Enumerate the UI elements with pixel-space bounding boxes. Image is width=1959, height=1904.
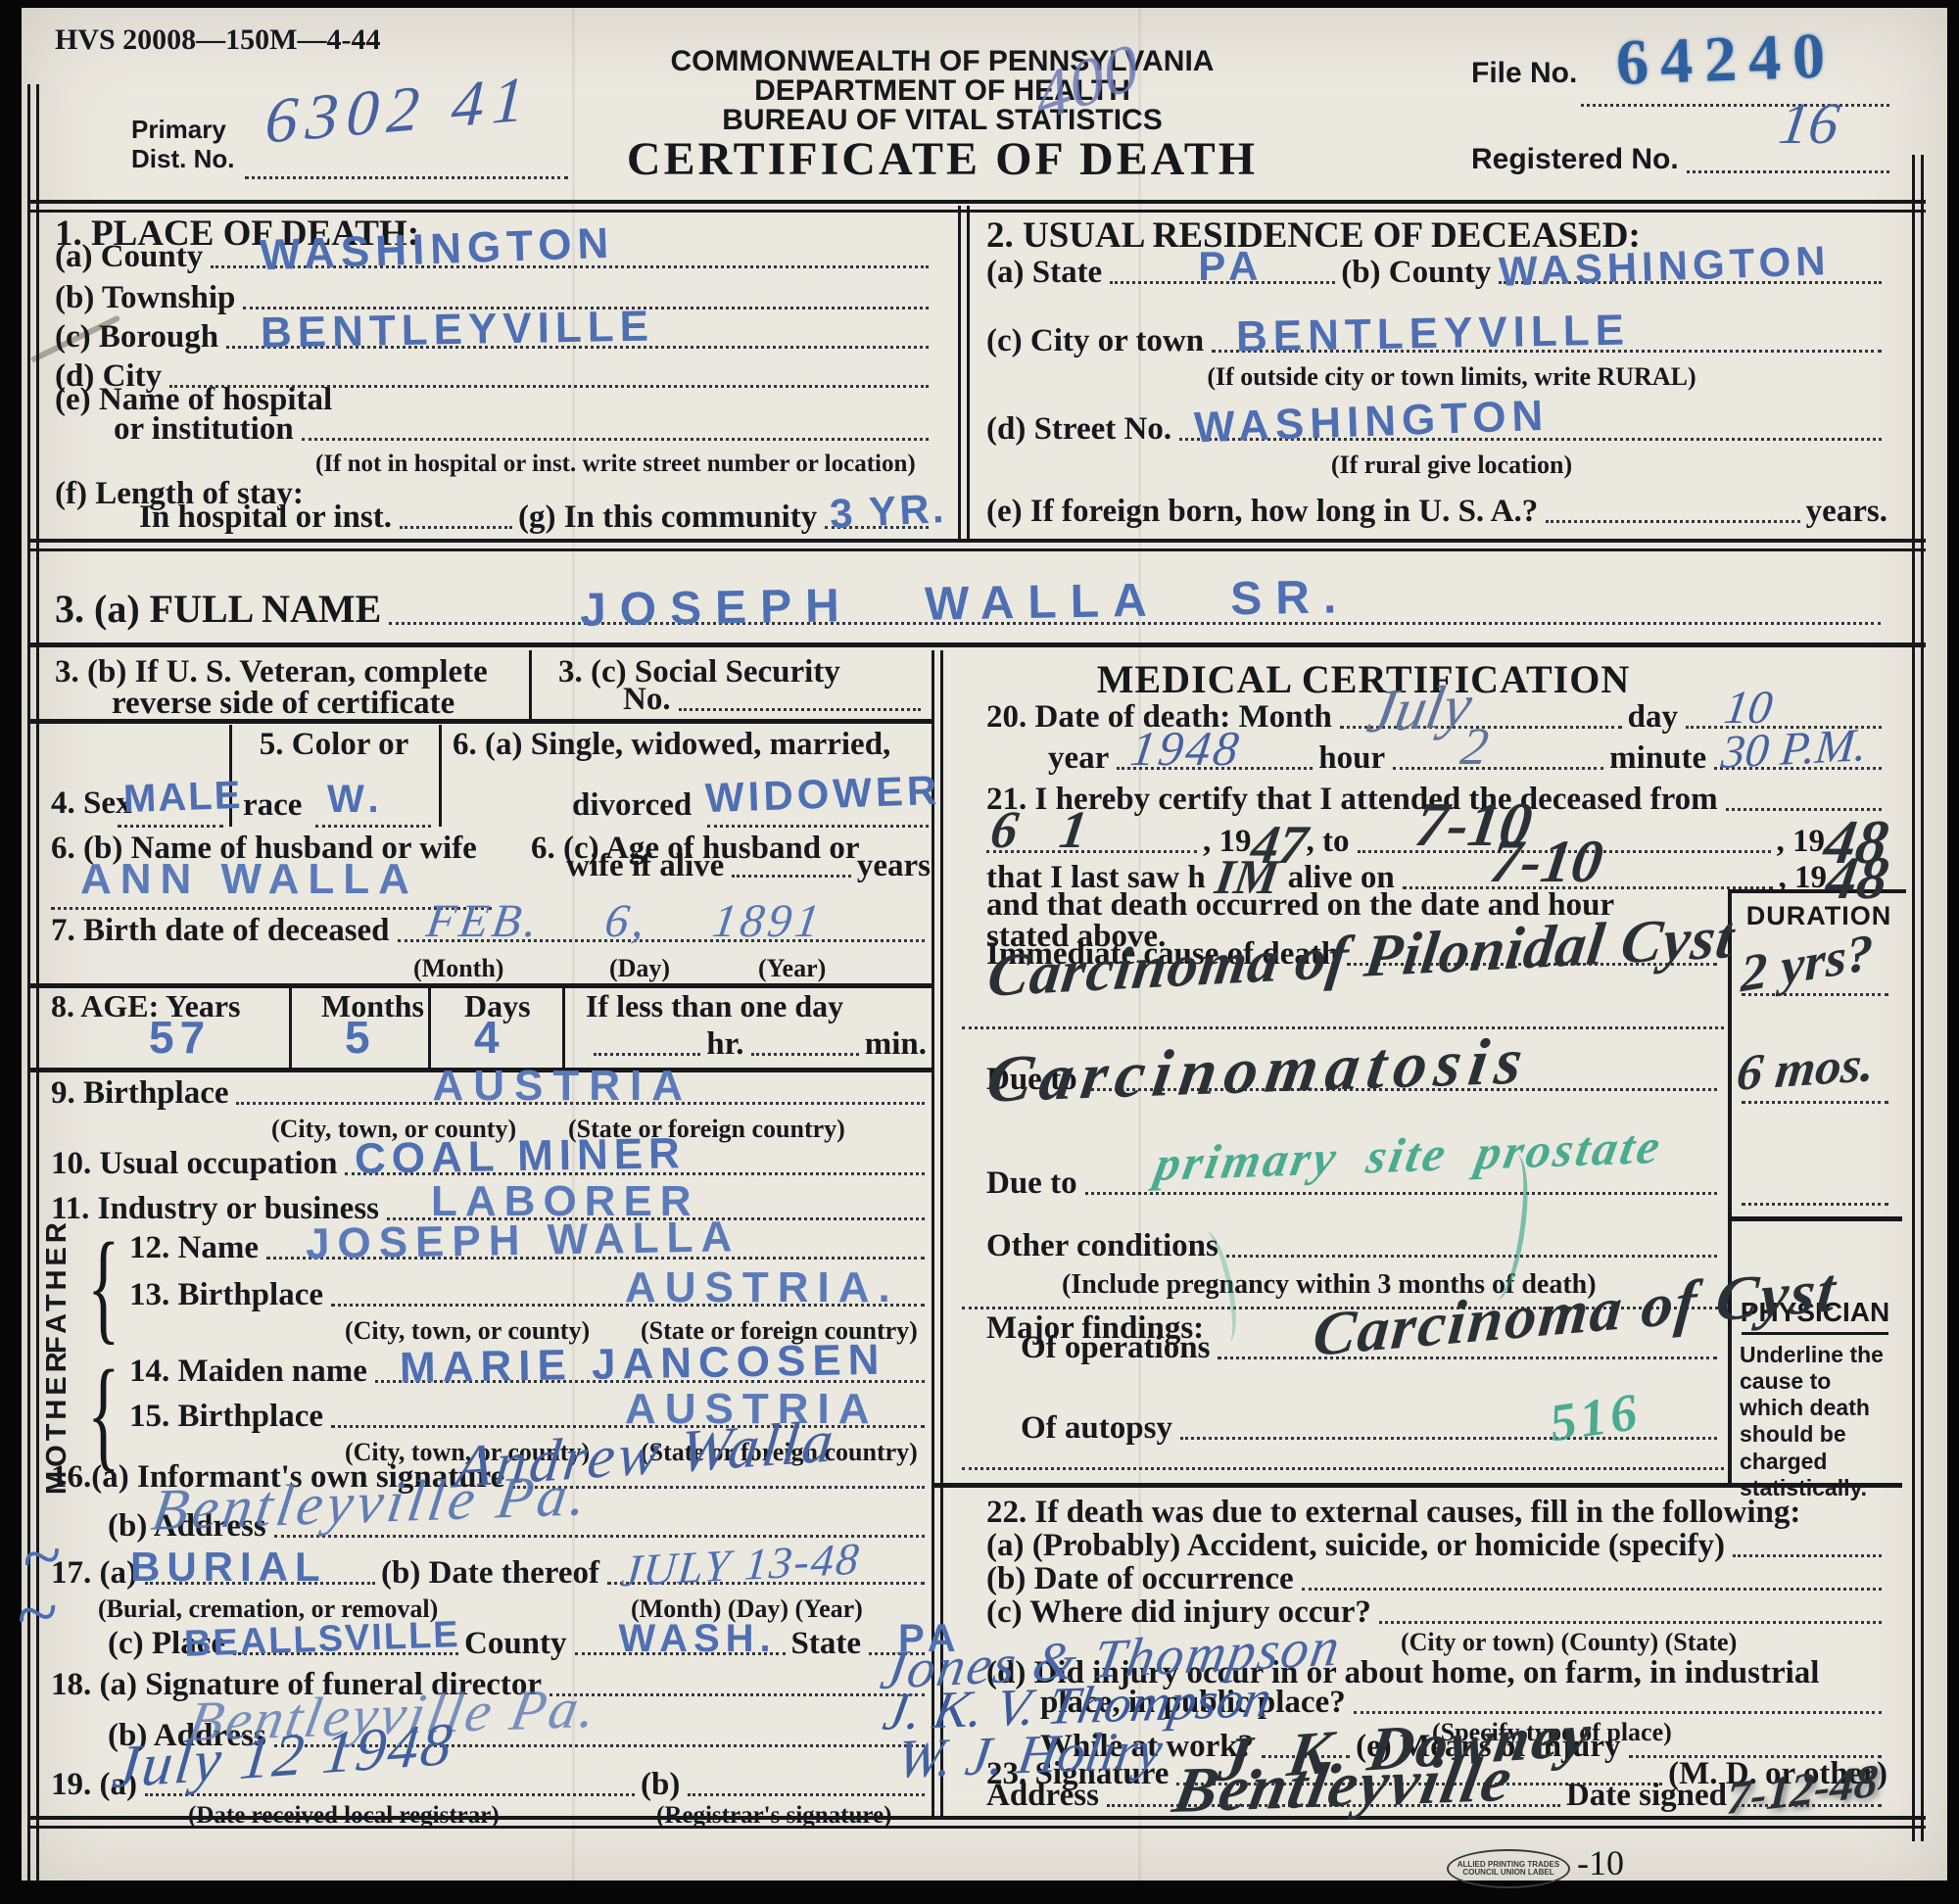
county-row: (a) County WASHINGTON xyxy=(55,239,934,275)
marital-label: 6. (a) Single, widowed, married, xyxy=(453,727,890,763)
father-label: FATHER xyxy=(41,1234,73,1354)
last-saw-line: 7-10 xyxy=(1403,882,1773,889)
in-hospital-label: In hospital or inst. xyxy=(139,500,392,536)
county-value: WASHINGTON xyxy=(260,222,616,278)
street-note: (If rural give location) xyxy=(1148,451,1755,480)
autopsy-label: Of autopsy xyxy=(1021,1410,1172,1447)
mother-birthplace-label: 15. Birthplace xyxy=(129,1399,323,1435)
color-label: 5. Color or xyxy=(229,727,439,763)
birth-date-line: FEB. 6, 1891 xyxy=(398,935,925,942)
county-label: (a) County xyxy=(55,239,203,275)
foreign-born-row: (e) If foreign born, how long in U. S. A… xyxy=(986,494,1887,530)
physician-address-value: Bentleyville xyxy=(1169,1747,1518,1824)
father-name-label: 12. Name xyxy=(129,1230,259,1266)
res-county-line: WASHINGTON xyxy=(1499,277,1882,284)
death-month-value: July xyxy=(1363,675,1477,742)
birth-date-bottom-rule xyxy=(29,983,932,988)
registrar-sig-line xyxy=(688,1789,925,1796)
father-birthplace-label: 13. Birthplace xyxy=(129,1277,323,1313)
duration-line-3 xyxy=(1742,1199,1888,1206)
city-label: (d) City xyxy=(55,358,162,395)
burial-place-value: BEALLSVILLE xyxy=(183,1616,460,1663)
burial-date-value: JULY 13-48 xyxy=(619,1537,862,1595)
duration-physician-divider xyxy=(1728,1216,1902,1221)
marital-line xyxy=(707,821,929,828)
age-less-label: If less than one day xyxy=(586,989,843,1024)
certificate-title: CERTIFICATE OF DEATH xyxy=(570,133,1314,186)
injury-where-line xyxy=(1379,1617,1882,1624)
age-hr-label: hr. xyxy=(706,1026,743,1063)
death-minute-value: 30 P.M. xyxy=(1720,722,1869,777)
city-line xyxy=(169,381,929,388)
header-divider xyxy=(29,200,1926,213)
certify-19-prefix-3: , 19 xyxy=(1779,860,1828,896)
foreign-born-line xyxy=(1546,516,1799,523)
occupation-label: 10. Usual occupation xyxy=(51,1146,337,1182)
last-saw-text-1: that I last saw h xyxy=(986,860,1206,896)
death-minute-label: minute xyxy=(1609,740,1706,777)
hospital-row: or institution xyxy=(114,411,934,448)
registrar-sig-label: (b) xyxy=(641,1767,680,1803)
registered-no-label: Registered No. xyxy=(1471,143,1679,176)
age-min-line xyxy=(751,1049,858,1056)
burial-state-label: State xyxy=(791,1626,861,1662)
age-hr-line xyxy=(594,1049,700,1056)
certificate-paper: HVS 20008—150M—4-44 Primary Dist. No. 63… xyxy=(22,8,1947,1880)
date-signed-label: Date signed xyxy=(1566,1778,1727,1814)
burial-line: BURIAL xyxy=(145,1578,375,1585)
spouse-age-suffix: years xyxy=(857,848,931,884)
veteran-ssn-divider xyxy=(529,650,532,719)
age-months-divider xyxy=(428,983,431,1068)
page-number: -10 xyxy=(1577,1843,1624,1882)
street-line: WASHINGTON xyxy=(1179,434,1882,441)
city-town-note: (If outside city or town limits, write R… xyxy=(1148,362,1755,392)
occupation-value: COAL MINER xyxy=(355,1132,687,1181)
borough-value: BENTLEYVILLE xyxy=(261,305,655,355)
death-year-line: 1948 xyxy=(1117,763,1313,770)
city-row: (d) City xyxy=(55,358,934,395)
primary-dist-label-2: Dist. No. xyxy=(131,145,234,173)
last-saw-year: 48 xyxy=(1824,856,1891,902)
certify-to-label: , to xyxy=(1307,824,1350,860)
due-to-1-value: Carcinomatosis xyxy=(983,1026,1535,1112)
death-year-value: 1948 xyxy=(1128,724,1245,773)
city-town-value: BENTLEYVILLE xyxy=(1236,309,1631,358)
accident-label: (a) (Probably) Accident, suicide, or hom… xyxy=(986,1528,1725,1564)
state-line: PA xyxy=(1110,277,1335,284)
mother-name-label: 14. Maiden name xyxy=(129,1354,367,1390)
form-code: HVS 20008—150M—4-44 xyxy=(55,24,381,57)
ssn-label-2: No. xyxy=(623,682,671,718)
death-year-label: year xyxy=(1048,740,1109,777)
spouse-age-label-2: wife if alive xyxy=(566,848,724,884)
in-community-line: 3 YR. xyxy=(825,522,929,529)
last-saw-him: IM xyxy=(1213,859,1280,896)
age-days-divider xyxy=(562,983,565,1068)
file-no-line xyxy=(1581,100,1889,107)
husband-value: ANN WALLA xyxy=(80,858,418,901)
occurrence-date-line xyxy=(1302,1584,1882,1591)
burial-value: BURIAL xyxy=(130,1547,327,1588)
sex-label: 4. Sex xyxy=(51,785,132,822)
full-name-label: 3. (a) FULL NAME xyxy=(55,588,381,632)
spouse-age-line xyxy=(732,871,851,878)
scanned-death-certificate: HVS 20008—150M—4-44 Primary Dist. No. 63… xyxy=(0,0,1959,1904)
due1-duration-value: 6 mos. xyxy=(1735,1039,1878,1100)
informant-address-value: Bentleyville Pa. xyxy=(149,1465,595,1539)
race-label: race xyxy=(243,787,302,824)
birth-month-cap: (Month) xyxy=(413,954,503,983)
birthplace-value: AUSTRIA xyxy=(432,1065,693,1108)
in-community-value: 3 YR. xyxy=(829,488,947,535)
res-county-label: (b) County xyxy=(1341,255,1491,291)
res-county-value: WASHINGTON xyxy=(1499,240,1832,293)
registered-no-line xyxy=(1687,167,1889,173)
other-conditions-row: Other conditions xyxy=(986,1228,1723,1264)
right-edge-rule xyxy=(1912,155,1924,1841)
age-hr-min-row: hr. min. xyxy=(586,1026,927,1063)
physician-underline xyxy=(1742,1332,1888,1335)
mother-brace: { xyxy=(87,1352,119,1477)
foreign-born-label: (e) If foreign born, how long in U. S. A… xyxy=(986,494,1538,530)
certify-19-prefix-2: , 19 xyxy=(1777,824,1826,860)
bottom-rule xyxy=(29,1816,1926,1829)
operations-label: Of operations xyxy=(1021,1330,1210,1366)
city-town-line: BENTLEYVILLE xyxy=(1212,346,1882,353)
primary-dist-label-1: Primary xyxy=(131,116,226,144)
street-label: (d) Street No. xyxy=(986,411,1171,448)
fullname-bottom-rule xyxy=(29,643,1926,647)
in-hospital-line xyxy=(400,522,512,529)
death-hour-line: 2 xyxy=(1393,763,1603,770)
ssn-row: No. xyxy=(623,682,927,718)
file-no-value: 64240 xyxy=(1615,24,1838,96)
length-of-stay-row: In hospital or inst. (g) In this communi… xyxy=(139,500,934,536)
hospital-line xyxy=(302,434,929,441)
veteran-label-2: reverse side of certificate xyxy=(112,686,454,722)
last-saw-value: 7-10 xyxy=(1486,832,1605,892)
burial-date-line: JULY 13-48 xyxy=(607,1578,925,1585)
burial-date-label: (b) Date thereof xyxy=(381,1555,599,1592)
ssn-line xyxy=(679,704,921,711)
full-name-line: JOSEPH WALLA SR. xyxy=(389,618,1881,625)
age-months-value: 5 xyxy=(345,1015,376,1060)
certify-row-3: that I last saw h IM alive on 7-10 , 19 … xyxy=(986,856,1887,896)
birthplace-label: 9. Birthplace xyxy=(51,1075,228,1112)
occurrence-date-row: (b) Date of occurrence xyxy=(986,1561,1887,1597)
father-birthplace-value: AUSTRIA. xyxy=(625,1266,899,1309)
age-years-divider xyxy=(289,983,292,1068)
last-saw-text-2: alive on xyxy=(1288,860,1395,896)
birth-year-cap: (Year) xyxy=(758,954,826,983)
death-hour-value: 2 xyxy=(1457,720,1492,773)
father-birthplace-line: AUSTRIA. xyxy=(331,1300,925,1307)
death-hour-label: hour xyxy=(1318,740,1385,777)
city-town-label: (c) City or town xyxy=(986,323,1204,359)
spouse-age-row: wife if alive years xyxy=(566,848,931,884)
registrar-sig-value: W. J. Holiry xyxy=(893,1723,1166,1786)
death-day-label: day xyxy=(1628,699,1678,736)
org-line-3: BUREAU OF VITAL STATISTICS xyxy=(570,104,1314,137)
full-name-value: JOSEPH WALLA SR. xyxy=(580,574,1351,635)
county-line: WASHINGTON xyxy=(211,262,929,268)
attended-from-value: 6 1 xyxy=(987,803,1090,856)
ssn-bottom-rule xyxy=(29,719,932,724)
street-row: (d) Street No. WASHINGTON xyxy=(986,411,1887,448)
divorced-label: divorced xyxy=(572,787,692,824)
primary-dist-line xyxy=(245,172,568,179)
cause-blank-line xyxy=(962,1023,1724,1029)
state-county-row: (a) State PA (b) County WASHINGTON xyxy=(986,255,1887,291)
hospital-note: (If not in hospital or inst. write stree… xyxy=(315,451,916,478)
accident-line xyxy=(1733,1550,1882,1557)
birthplace-row: 9. Birthplace AUSTRIA xyxy=(51,1075,931,1112)
mother-name-line: MARIE JANCOSEN xyxy=(375,1376,925,1383)
father-name-value: JOSEPH WALLA xyxy=(306,1215,741,1266)
primary-dist-value: 6302 41 xyxy=(263,67,534,154)
burial-place-row: (c) Place BEALLSVILLE County WASH. State… xyxy=(108,1626,931,1662)
union-label-stamp: ALLIED PRINTING TRADES COUNCIL UNION LAB… xyxy=(1447,1849,1570,1888)
injury-where-row: (c) Where did injury occur? xyxy=(986,1595,1887,1631)
sex-line xyxy=(118,821,223,828)
birth-date-label: 7. Birth date of deceased xyxy=(51,913,390,949)
certify-text-1: 21. I hereby certify that I attended the… xyxy=(986,782,1718,818)
section1-2-divider xyxy=(958,206,970,539)
age-label: 8. AGE: Years xyxy=(51,989,240,1024)
medical-bottom-rule xyxy=(932,1483,1902,1488)
accident-row: (a) (Probably) Accident, suicide, or hom… xyxy=(986,1528,1887,1564)
burial-county-label: County xyxy=(464,1626,567,1662)
city-town-row: (c) City or town BENTLEYVILLE xyxy=(986,323,1887,359)
foreign-born-suffix: years. xyxy=(1806,494,1887,530)
birth-date-row: 7. Birth date of deceased FEB. 6, 1891 xyxy=(51,913,931,949)
external-causes-heading: 22. If death was due to external causes,… xyxy=(986,1495,1800,1531)
sex-value: MALE xyxy=(122,776,243,819)
burial-county-value: WASH. xyxy=(619,1619,777,1658)
age-min-label: min. xyxy=(865,1026,927,1063)
street-value: WASHINGTON xyxy=(1193,395,1550,451)
full-name-row: 3. (a) FULL NAME JOSEPH WALLA SR. xyxy=(55,588,1887,632)
blue-stray-mark: ~ xyxy=(12,1573,61,1653)
birth-date-value: FEB. 6, 1891 xyxy=(423,898,826,945)
residence-bottom-rule xyxy=(29,539,1926,551)
org-line-2: DEPARTMENT OF HEALTH xyxy=(570,74,1314,108)
race-value: W. xyxy=(327,780,385,819)
certify-row-2: 6 1 , 19 47 , to 7-10 , 19 48 xyxy=(986,819,1887,860)
birthplace-line: AUSTRIA xyxy=(236,1098,925,1105)
other-conditions-line xyxy=(1226,1251,1717,1258)
funeral-director-line xyxy=(549,1690,925,1696)
age-years-value: 57 xyxy=(149,1015,211,1060)
burial-county-line: WASH. xyxy=(575,1648,786,1655)
due-to-2-label: Due to xyxy=(986,1166,1077,1202)
state-value: PA xyxy=(1198,246,1264,287)
race-line xyxy=(315,821,431,828)
birth-day-cap: (Day) xyxy=(609,954,670,983)
burial-row: 17. (a) BURIAL (b) Date thereof JULY 13-… xyxy=(51,1555,931,1592)
findings-blank-line xyxy=(962,1463,1724,1470)
registered-no-value: 16 xyxy=(1776,94,1842,153)
father-brace: { xyxy=(87,1224,119,1350)
in-community-label: (g) In this community xyxy=(518,500,817,536)
marital-value: WIDOWER xyxy=(704,770,941,819)
medical-certification-heading: MEDICAL CERTIFICATION xyxy=(1001,658,1726,702)
other-conditions-label: Other conditions xyxy=(986,1228,1218,1264)
attended-from-line: 6 1 xyxy=(986,846,1197,853)
state-label: (a) State xyxy=(986,255,1102,291)
father-name-row: 12. Name JOSEPH WALLA xyxy=(129,1230,931,1266)
borough-row: (c) Borough BENTLEYVILLE xyxy=(55,319,934,356)
physician-note: Underline the cause to which death shoul… xyxy=(1740,1342,1896,1501)
file-no-label: File No. xyxy=(1471,57,1577,90)
township-label: (b) Township xyxy=(55,280,235,316)
autopsy-value: 516 xyxy=(1547,1385,1645,1450)
hospital-label-2: or institution xyxy=(114,411,294,448)
husband-line xyxy=(51,903,492,910)
death-minute-line: 30 P.M. xyxy=(1714,763,1882,770)
father-name-line: JOSEPH WALLA xyxy=(266,1253,925,1260)
father-birthplace-row: 13. Birthplace AUSTRIA. xyxy=(129,1277,931,1313)
age-days-value: 4 xyxy=(474,1015,505,1060)
burial-place-line: BEALLSVILLE xyxy=(233,1648,458,1655)
org-line-1: COMMONWEALTH OF PENNSYLVANIA xyxy=(570,45,1314,78)
borough-label: (c) Borough xyxy=(55,319,218,356)
race-marital-divider xyxy=(439,725,442,827)
occurrence-date-label: (b) Date of occurrence xyxy=(986,1561,1294,1597)
date-of-death-row-2: year 1948 hour 2 minute 30 P.M. xyxy=(1048,740,1887,777)
mother-name-value: MARIE JANCOSEN xyxy=(400,1339,886,1391)
occupation-line: COAL MINER xyxy=(345,1168,925,1175)
injury-where-note: (City or town) (County) (State) xyxy=(1401,1628,1737,1657)
borough-line: BENTLEYVILLE xyxy=(226,342,929,349)
